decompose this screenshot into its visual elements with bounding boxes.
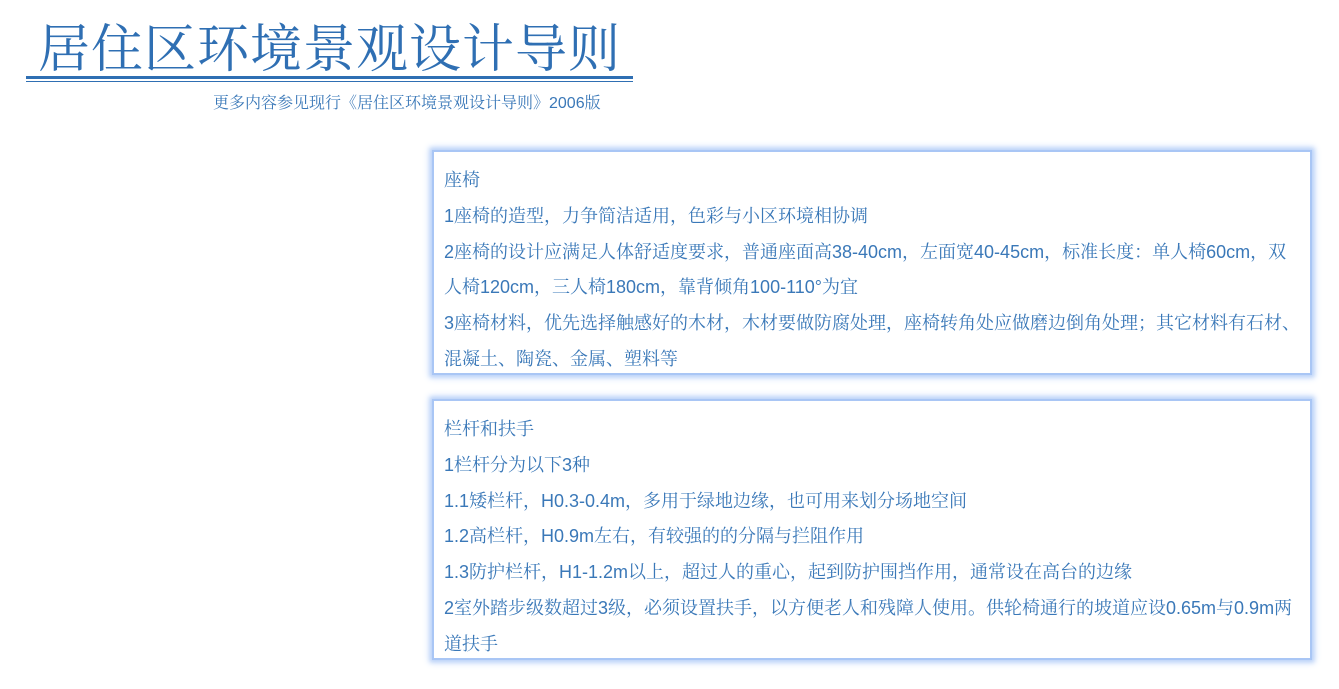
section-line: 1.2高栏杆，H0.9m左右，有较强的的分隔与拦阻作用 [444,519,1300,555]
section-line: 1座椅的造型，力争简洁适用，色彩与小区环境相协调 [444,199,1300,235]
section-line: 3座椅材料，优先选择触感好的木材，木材要做防腐处理，座椅转角处应做磨边倒角处理；… [444,306,1300,378]
page-subtitle: 更多内容参见现行《居住区环境景观设计导则》2006版 [213,94,601,114]
section-heading: 座椅 [444,163,1300,199]
section-line: 2座椅的设计应满足人体舒适度要求，普通座面高38-40cm，左面宽40-45cm… [444,235,1300,307]
section-heading: 栏杆和扶手 [444,412,1300,448]
section-line: 2室外踏步级数超过3级，必须设置扶手，以方便老人和残障人使用。供轮椅通行的坡道应… [444,591,1300,663]
title-underline-thin [26,81,633,82]
title-underline-thick [26,76,633,79]
section-line: 1栏杆分为以下3种 [444,448,1300,484]
section-line: 1.1矮栏杆，H0.3-0.4m，多用于绿地边缘，也可用来划分场地空间 [444,484,1300,520]
page-title: 居住区环境景观设计导则 [38,18,621,82]
section-card-railings: 栏杆和扶手 1栏杆分为以下3种 1.1矮栏杆，H0.3-0.4m，多用于绿地边缘… [432,399,1312,660]
section-card-seats: 座椅 1座椅的造型，力争简洁适用，色彩与小区环境相协调 2座椅的设计应满足人体舒… [432,150,1312,375]
section-line: 1.3防护栏杆，H1-1.2m以上，超过人的重心，起到防护围挡作用，通常设在高台… [444,555,1300,591]
